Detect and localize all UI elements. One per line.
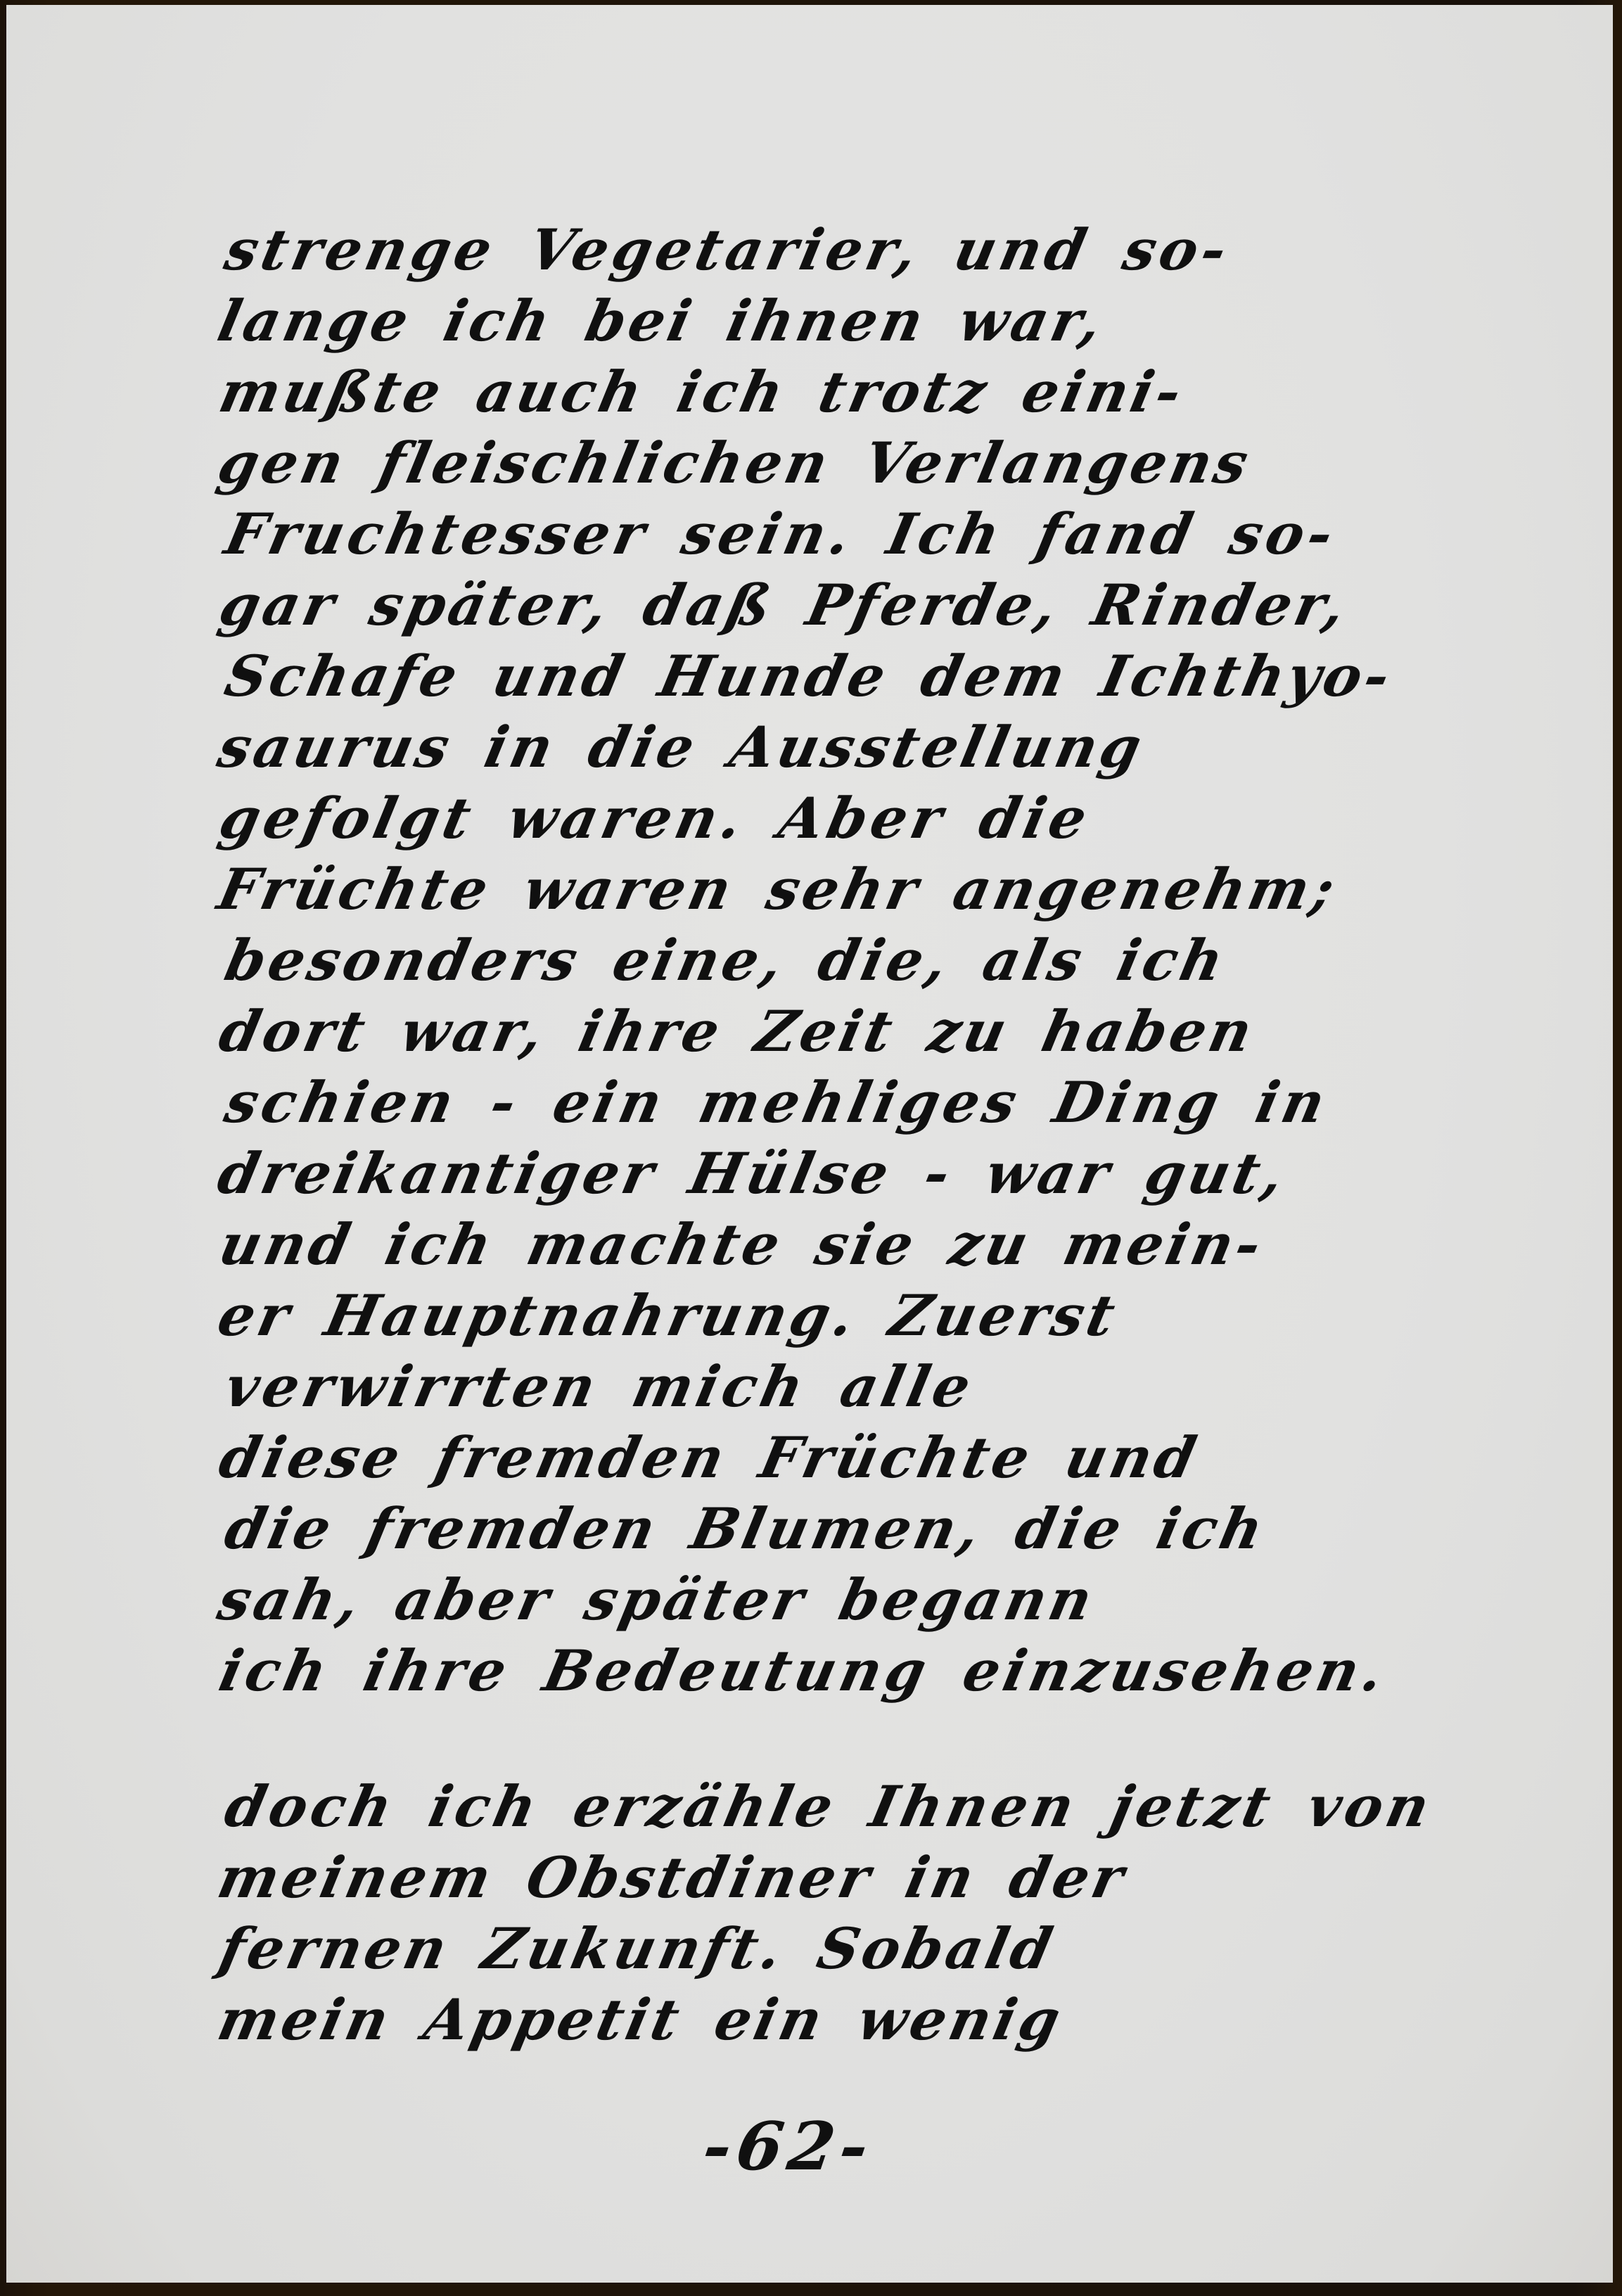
handwriting-line: mein Appetit ein wenig — [212, 1984, 1486, 2055]
handwriting-line: er Hauptnahrung. Zuerst — [212, 1280, 1486, 1351]
handwriting-line: die fremden Blumen, die ich — [212, 1493, 1486, 1564]
handwriting-line: strenge Vegetarier, und so- — [212, 215, 1486, 286]
manuscript-paper: strenge Vegetarier, und so-lange ich bei… — [6, 5, 1613, 2283]
handwriting-line: Fruchtesser sein. Ich fand so- — [212, 499, 1486, 570]
handwriting-line: meinem Obstdiner in der — [212, 1842, 1486, 1913]
handwriting-line: ich ihre Bedeutung einzusehen. — [212, 1635, 1486, 1707]
handwriting-line: Früchte waren sehr angenehm; — [212, 854, 1486, 925]
handwriting-line: verwirrten mich alle — [212, 1351, 1486, 1422]
handwriting-line: saurus in die Ausstellung — [212, 712, 1486, 783]
handwriting-line: dort war, ihre Zeit zu haben — [212, 996, 1486, 1067]
page-number: -62- — [1, 2108, 1576, 2186]
handwriting-text-block: strenge Vegetarier, und so-lange ich bei… — [212, 215, 1471, 2055]
handwriting-line: fernen Zukunft. Sobald — [212, 1913, 1486, 1984]
handwriting-line: schien - ein mehliges Ding in — [212, 1067, 1486, 1138]
handwriting-line: besonders eine, die, als ich — [212, 925, 1486, 996]
handwriting-line: diese fremden Früchte und — [212, 1422, 1486, 1493]
handwriting-line: lange ich bei ihnen war, — [212, 286, 1486, 357]
paragraph: strenge Vegetarier, und so-lange ich bei… — [212, 215, 1471, 1707]
scanned-manuscript-photo: strenge Vegetarier, und so-lange ich bei… — [0, 0, 1622, 2296]
handwriting-line: und ich machte sie zu mein- — [212, 1209, 1486, 1280]
handwriting-line: gen fleischlichen Verlangens — [212, 428, 1486, 499]
handwriting-line: gar später, daß Pferde, Rinder, — [212, 570, 1486, 641]
handwriting-line: gefolgt waren. Aber die — [212, 783, 1486, 854]
handwriting-line: dreikantiger Hülse - war gut, — [212, 1138, 1486, 1209]
paragraph: doch ich erzähle Ihnen jetzt vonmeinem O… — [212, 1771, 1471, 2055]
handwriting-line: sah, aber später begann — [212, 1564, 1486, 1635]
handwriting-line: mußte auch ich trotz eini- — [212, 357, 1486, 428]
handwriting-line: Schafe und Hunde dem Ichthyo- — [212, 641, 1486, 712]
handwriting-line: doch ich erzähle Ihnen jetzt von — [212, 1771, 1486, 1842]
